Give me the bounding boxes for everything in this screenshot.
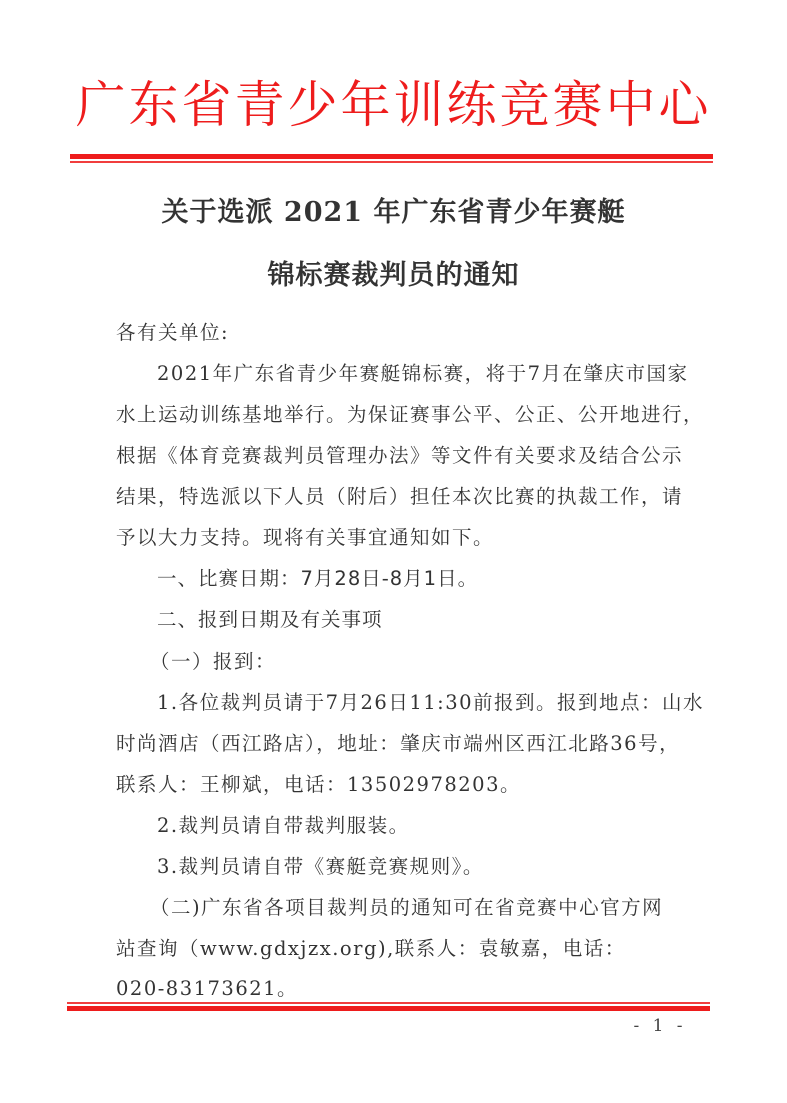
salutation: 各有关单位:: [116, 319, 706, 347]
subsection-2-line-2: 站查询（www.gdxjzx.org),联系人：袁敏嘉，电话：: [116, 935, 706, 963]
footer-thick-rule: [67, 1006, 710, 1011]
item-2: 2.裁判员请自带裁判服装。: [157, 812, 747, 840]
notice-title-line-1: 关于选派 2021 年广东省青少年赛艇: [0, 190, 787, 229]
section-2-registration: 二、报到日期及有关事项: [157, 606, 747, 634]
notice-title-line-2: 锦标赛裁判员的通知: [0, 253, 787, 292]
intro-line-1: 2021年广东省青少年赛艇锦标赛，将于7月在肇庆市国家: [157, 360, 747, 388]
item-1-line-3: 联系人：王柳斌，电话：13502978203。: [116, 771, 706, 799]
intro-line-2: 水上运动训练基地举行。为保证赛事公平、公正、公开地进行，: [116, 401, 706, 429]
subsection-1-registration: （一）报到：: [150, 648, 740, 676]
masthead-thin-rule: [70, 161, 713, 163]
footer-thin-rule: [67, 1002, 710, 1004]
subsection-2-line-1: （二)广东省各项目裁判员的通知可在省竞赛中心官方网: [150, 894, 740, 922]
section-1-competition-dates: 一、比赛日期：7月28日-8月1日。: [157, 565, 747, 593]
intro-line-3: 根据《体育竞赛裁判员管理办法》等文件有关要求及结合公示: [116, 442, 706, 470]
item-1-line-1: 1.各位裁判员请于7月26日11:30前报到。报到地点：山水: [157, 689, 747, 717]
intro-line-4: 结果，特选派以下人员（附后）担任本次比赛的执裁工作，请: [116, 483, 706, 511]
masthead-thick-rule: [70, 154, 713, 159]
masthead-title: 广东省青少年训练竞赛中心: [0, 70, 787, 140]
item-3: 3.裁判员请自带《赛艇竞赛规则》。: [157, 853, 747, 881]
subsection-2-line-3: 020-83173621。: [116, 975, 706, 1003]
intro-line-5: 予以大力支持。现将有关事宜通知如下。: [116, 524, 706, 552]
page-number: - 1 -: [620, 1016, 700, 1036]
item-1-line-2: 时尚酒店（西江路店），地址：肇庆市端州区西江北路36号，: [116, 730, 706, 758]
